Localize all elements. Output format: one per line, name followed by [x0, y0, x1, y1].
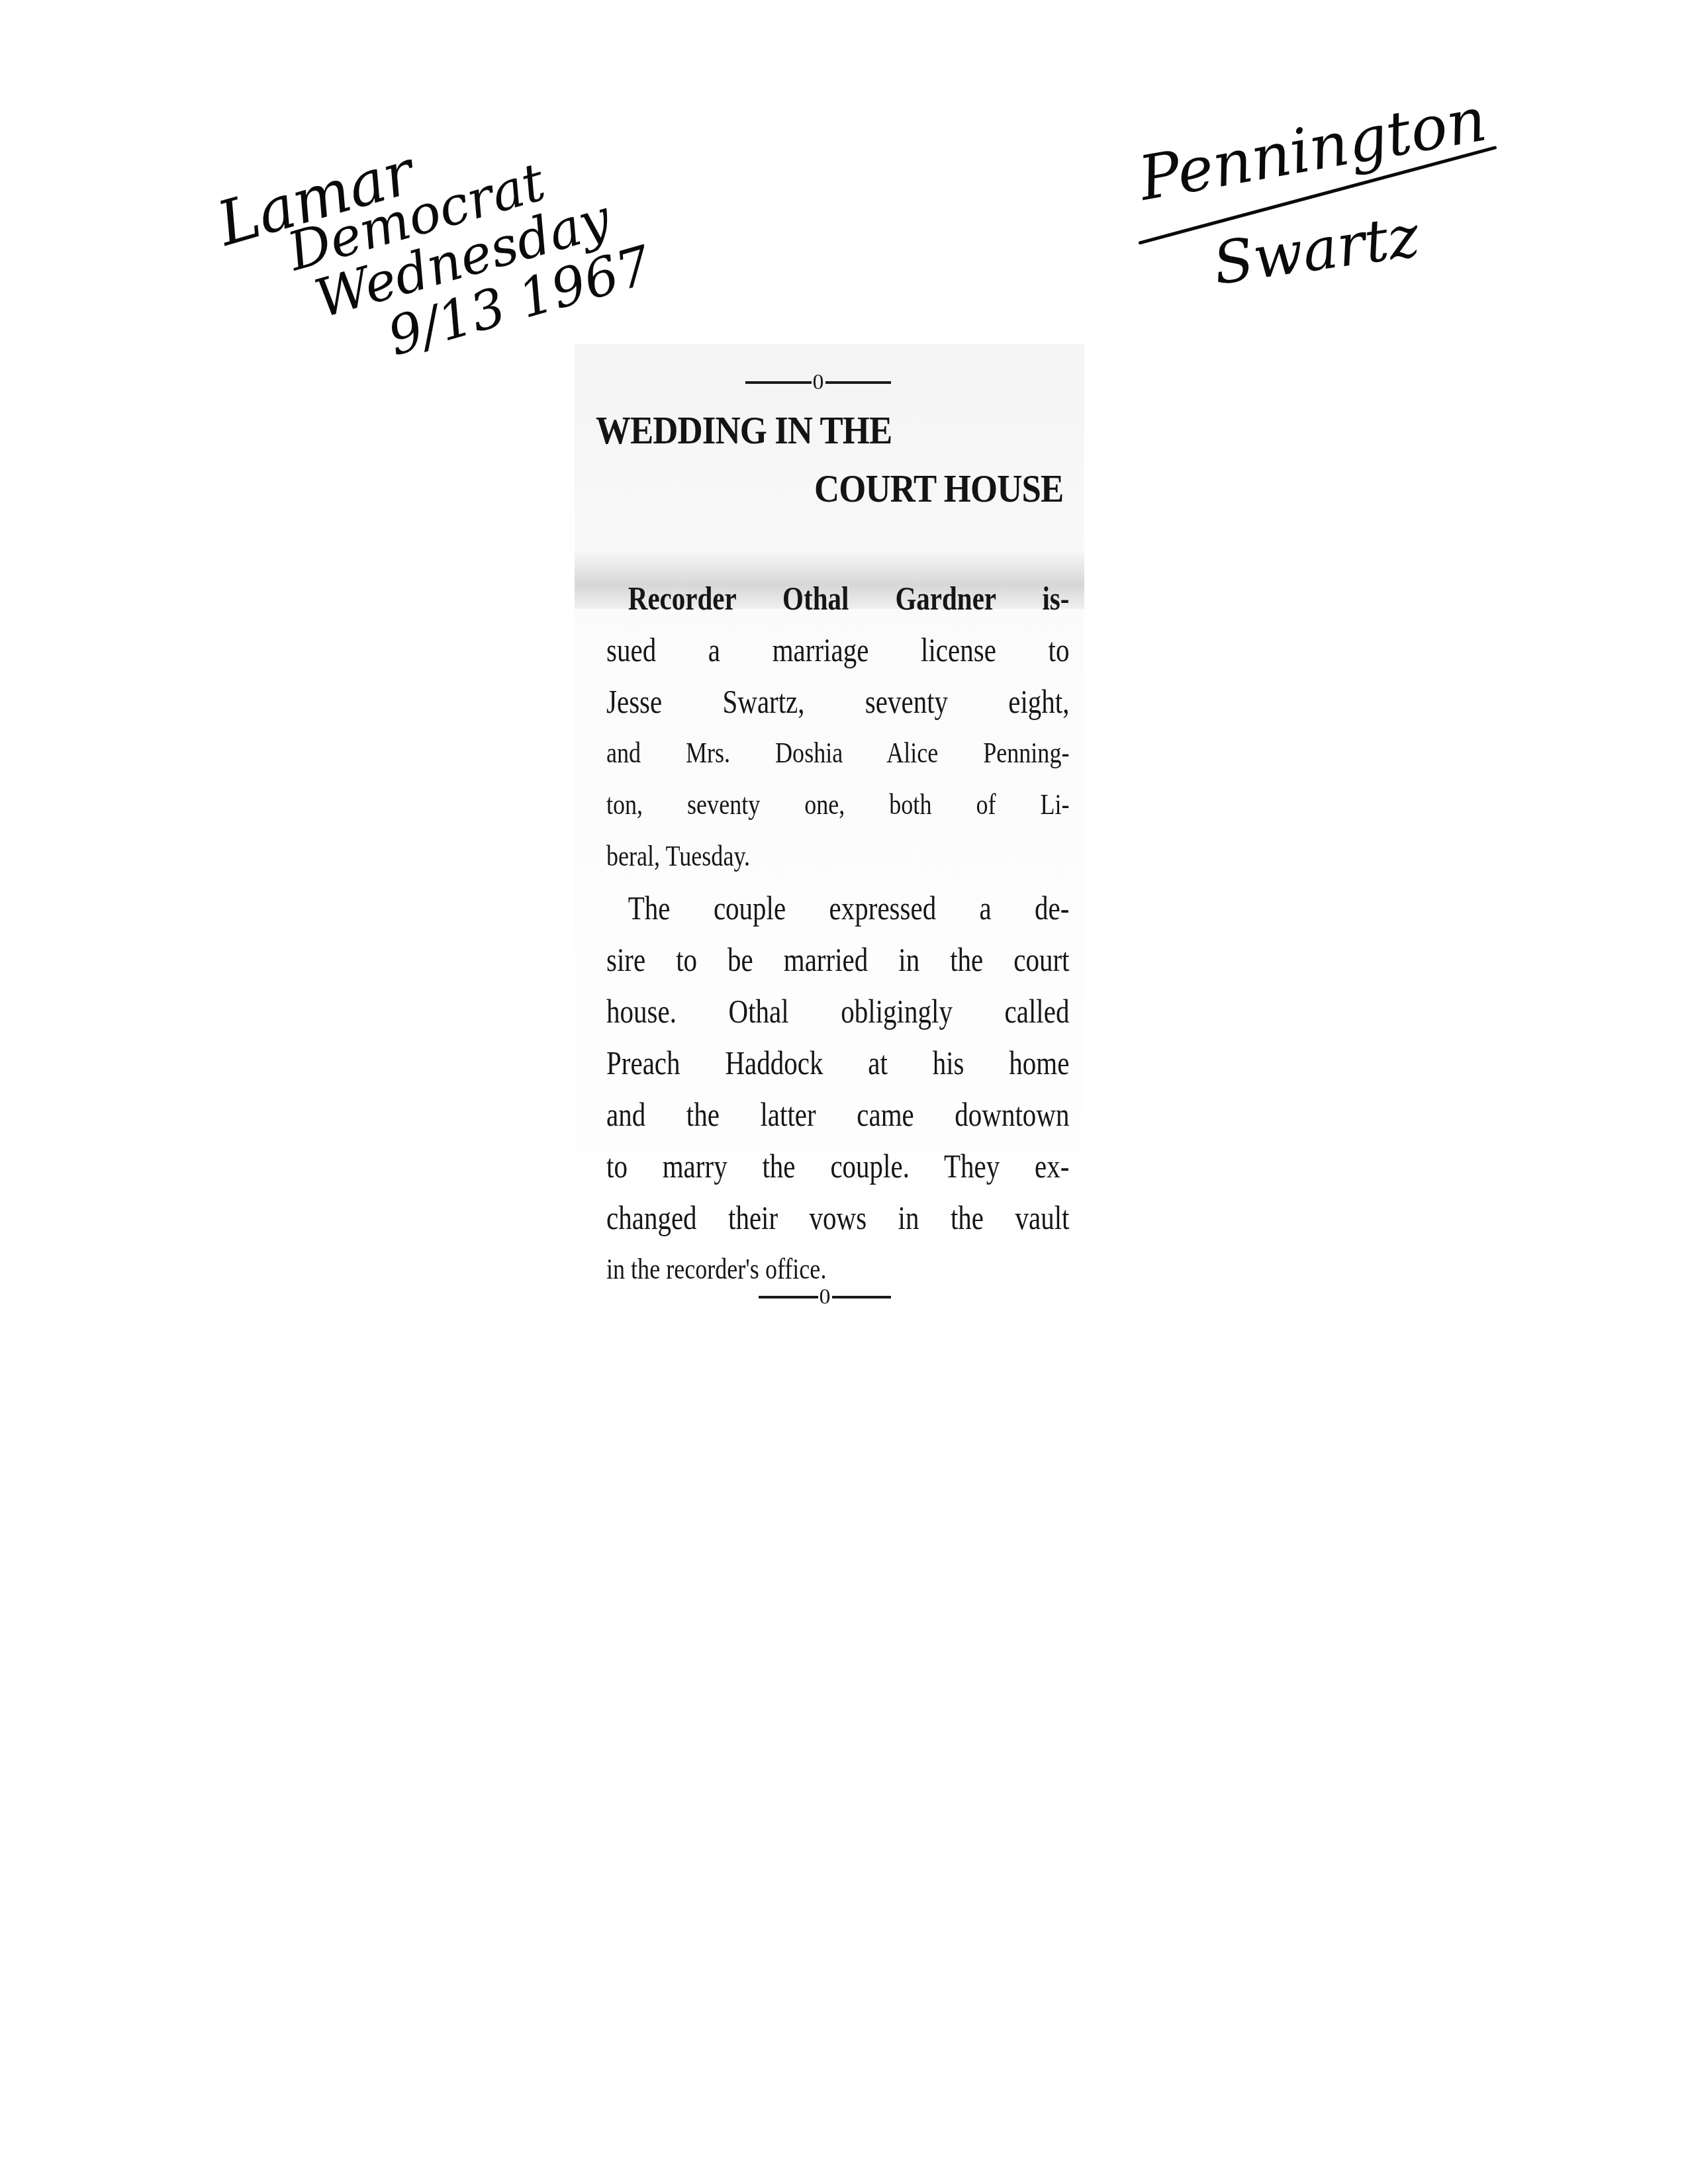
- paragraph-1: Recorder Othal Gardner is- sued a marria…: [606, 572, 1070, 882]
- article-body: Recorder Othal Gardner is- sued a marria…: [606, 572, 1070, 1295]
- paragraph-2: The couple expressed a de- sire to be ma…: [606, 882, 1070, 1295]
- headline-line-2: COURT HOUSE: [814, 469, 1063, 508]
- article-line: to marry the couple. They ex-: [606, 1140, 1069, 1192]
- headline-line-1: WEDDING IN THE: [596, 410, 892, 450]
- note-surname-swartz: Swartz: [1210, 206, 1423, 293]
- article-line: ton, seventy one, both of Li-: [606, 779, 1069, 831]
- article-line: sire to be married in the court: [606, 934, 1069, 985]
- top-divider-ornament: 0: [745, 369, 891, 396]
- article-line: and Mrs. Doshia Alice Penning-: [606, 727, 1069, 779]
- note-surname-pennington: Pennington: [1135, 89, 1491, 210]
- handwritten-source-note: Lamar Democrat Wednesday 9/13 1967: [199, 34, 678, 381]
- article-line: and the latter came downtown: [606, 1089, 1069, 1140]
- article-line: The couple expressed a de-: [606, 882, 1069, 934]
- article-line: Recorder Othal Gardner is-: [606, 572, 1069, 624]
- bottom-divider-ornament: 0: [759, 1284, 891, 1310]
- article-line: Jesse Swartz, seventy eight,: [606, 676, 1069, 727]
- article-line: beral, Tuesday.: [606, 831, 1069, 882]
- article-line: sued a marriage license to: [606, 624, 1069, 676]
- article-line: Preach Haddock at his home: [606, 1037, 1069, 1089]
- newspaper-clipping: 0 WEDDING IN THE COURT HOUSE Recorder Ot…: [575, 344, 1084, 1330]
- handwritten-surnames-note: Pennington Swartz: [1139, 142, 1509, 314]
- article-line: changed their vows in the vault: [606, 1192, 1069, 1244]
- article-line: house. Othal obligingly called: [606, 985, 1069, 1037]
